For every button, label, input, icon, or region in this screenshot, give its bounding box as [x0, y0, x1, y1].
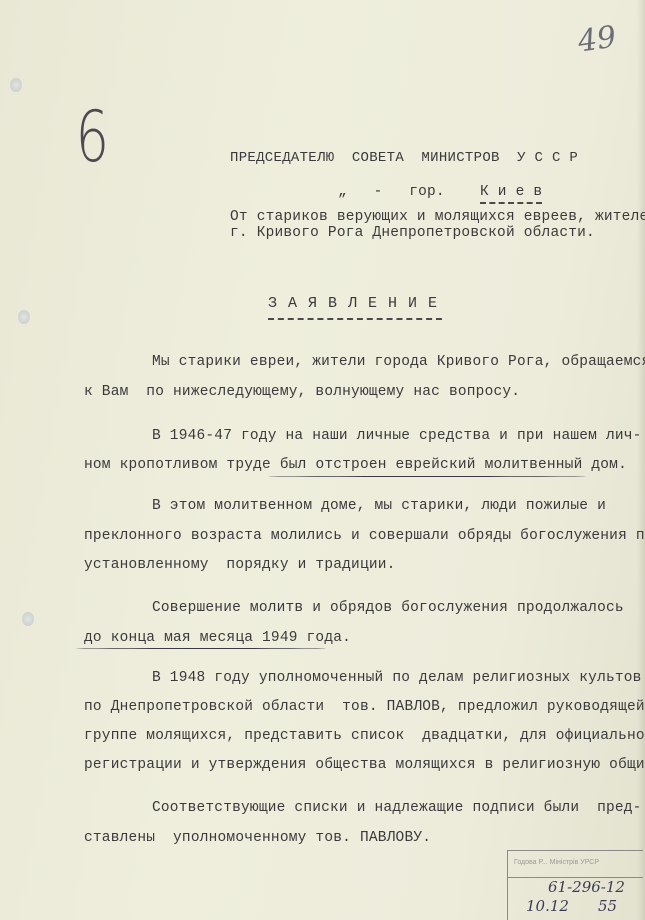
- city-name: К и е в: [480, 184, 542, 204]
- sender-line-1: От стариков верующих и молящихся евреев,…: [230, 209, 645, 225]
- handwritten-underline: [268, 476, 586, 477]
- p2-line-2-start: ном кропотливом труде был: [84, 457, 315, 473]
- p3-line-1: В этом молитвенном доме, мы старики, люд…: [152, 498, 606, 514]
- p3-line-3: установленному порядку и традиции.: [84, 557, 396, 573]
- punch-hole: [18, 310, 30, 324]
- stamp-number: 61-296-12: [548, 878, 625, 896]
- addressee-line: ПРЕДСЕДАТЕЛЮ СОВЕТА МИНИСТРОВ У С С Р: [230, 150, 578, 166]
- registration-stamp: Годова Р... Міністрів УРСР 61-296-12 10.…: [507, 850, 643, 920]
- handwritten-underline: [76, 648, 326, 649]
- p2-line-2-end: .: [618, 457, 627, 473]
- p6-line-1: Соответствующие списки и надлежащие подп…: [152, 800, 642, 816]
- p1-line-1: Мы старики евреи, жители города Кривого …: [152, 354, 645, 370]
- stamp-header: Годова Р... Міністрів УРСР: [508, 851, 643, 878]
- p2-line-2: ном кропотливом труде был отстроен еврей…: [84, 457, 627, 473]
- document-title: З А Я В Л Е Н И Е: [268, 295, 442, 320]
- p6-line-2: ставлены уполномоченному тов. ПАВЛОВУ.: [84, 830, 431, 846]
- sender-line-2: г. Кривого Рога Днепропетровской области…: [230, 225, 595, 241]
- punch-hole: [10, 78, 22, 92]
- stamp-year: 55: [598, 897, 617, 915]
- p5-line-1: В 1948 году уполномоченный по делам рели…: [152, 670, 642, 686]
- p3-line-2: преклонного возраста молились и совершал…: [84, 528, 645, 544]
- p4-line-1: Совершение молитв и обрядов богослужения…: [152, 600, 624, 616]
- document-page: 49 6 ПРЕДСЕДАТЕЛЮ СОВЕТА МИНИСТРОВ У С С…: [0, 0, 645, 920]
- p4-line-2: до конца мая месяца 1949 года.: [84, 630, 351, 646]
- punch-hole: [22, 612, 34, 626]
- stamp-date: 10.12: [526, 897, 569, 915]
- p5-line-4: регистрации и утверждения общества молящ…: [84, 757, 645, 773]
- handwritten-item-number: 6: [76, 96, 109, 178]
- handwritten-page-number: 49: [576, 20, 619, 60]
- p5-line-2: по Днепропетровской области тов. ПАВЛОВ,…: [84, 699, 645, 715]
- p1-line-2: к Вам по нижеследующему, волнующему нас …: [84, 384, 520, 400]
- p2-line-1: В 1946-47 году на наши личные средства и…: [152, 428, 642, 444]
- city-prefix: „ - гор.: [338, 184, 445, 200]
- underlined-phrase: отстроен еврейский молитвенный дом: [315, 457, 618, 473]
- p5-line-3: группе молящихся, представить список два…: [84, 728, 645, 744]
